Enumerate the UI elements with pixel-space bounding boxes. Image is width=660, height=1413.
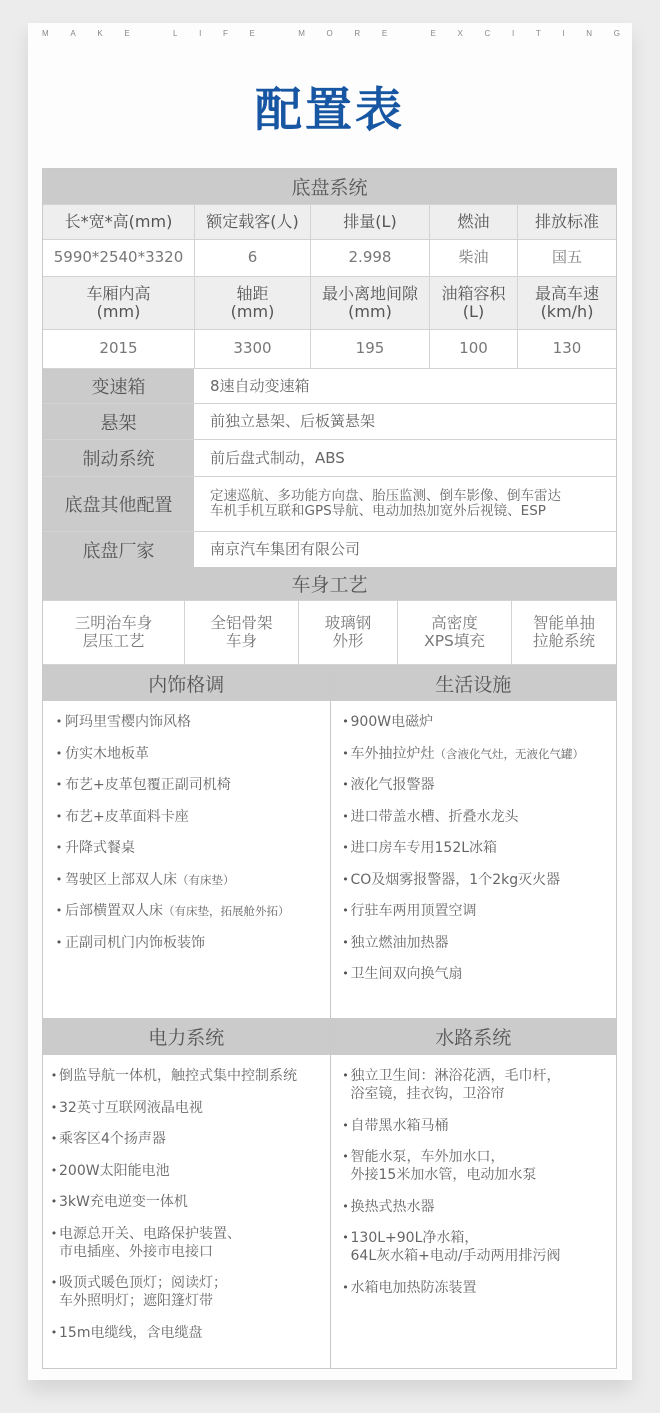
value-fuel: 柴油 [429, 240, 517, 276]
list-item: •CO及烟雾报警器，1个2kg灭火器 [341, 871, 617, 889]
item-text: 升降式餐桌 [65, 839, 135, 857]
list-item: •液化气报警器 [341, 776, 617, 794]
craft-line: 层压工艺 [82, 633, 144, 651]
tagline-letter: X [458, 29, 463, 38]
section-header-living: 生活设施 [331, 665, 617, 701]
list-item: •15m电缆线，含电缆盘 [49, 1324, 330, 1342]
tagline-letter: I [562, 29, 564, 38]
item-text: 130L+90L净水箱，64L灰水箱+电动/手动两用排污阀 [351, 1229, 561, 1265]
tagline-letter: M [42, 29, 49, 38]
craft-line: 三明治车身 [75, 615, 153, 633]
col-header-tank-capacity: 油箱容积 (L) [429, 277, 517, 329]
header-unit: (mm) [231, 303, 275, 321]
list-item: •130L+90L净水箱，64L灰水箱+电动/手动两用排污阀 [341, 1229, 617, 1265]
value-dimensions: 5990*2540*3320 [43, 240, 194, 276]
item-text: 布艺+皮革包覆正副司机椅 [65, 776, 231, 794]
section-header-electrical: 电力系统 [43, 1018, 330, 1055]
spec-label: 悬架 [43, 404, 194, 439]
bullet-icon: • [341, 965, 351, 983]
bullet-icon: • [341, 1117, 351, 1135]
section-header-body-craft: 车身工艺 [43, 567, 616, 600]
list-item: •吸顶式暖色顶灯；阅读灯；车外照明灯；遮阳篷灯带 [49, 1274, 330, 1310]
electrical-water-section: 电力系统 •倒监导航一体机，触控式集中控制系统 •32英寸互联网液晶电视 •乘客… [43, 1018, 616, 1368]
spec-row-manufacturer: 底盘厂家 南京汽车集团有限公司 [43, 531, 616, 567]
bullet-icon: • [49, 1162, 59, 1180]
tagline-letter: I [199, 29, 201, 38]
craft-item: 高密度 XPS填充 [397, 601, 511, 664]
bullet-icon: • [53, 871, 65, 889]
spec-value-line: 车机手机互联和GPS导航、电动加热加宽外后视镜、ESP [210, 504, 546, 519]
craft-line: 高密度 [431, 615, 478, 633]
item-text: 独立燃油加热器 [351, 934, 449, 952]
list-item: •自带黑水箱马桶 [341, 1117, 617, 1135]
bullet-icon: • [341, 902, 351, 920]
list-item: •进口房车专用152L冰箱 [341, 839, 617, 857]
tagline-letter: M [298, 29, 305, 38]
item-line: 130L+90L净水箱， [351, 1229, 561, 1247]
list-item: •电源总开关、电路保护装置、市电插座、外接市电接口 [49, 1225, 330, 1261]
header-unit: (mm) [348, 303, 392, 321]
bullet-icon: • [341, 1067, 351, 1103]
bullet-icon: • [49, 1099, 59, 1117]
item-note: （含液化气灶，无液化气罐） [435, 745, 585, 763]
spec-row-other-config: 底盘其他配置 定速巡航、多功能方向盘、胎压监测、倒车影像、倒车雷达 车机手机互联… [43, 476, 616, 531]
spec-value: 前后盘式制动，ABS [194, 440, 616, 476]
craft-line: 全铝骨架 [210, 615, 272, 633]
spec-label: 制动系统 [43, 440, 194, 476]
bullet-icon: • [53, 713, 65, 731]
bullet-icon: • [341, 839, 351, 857]
list-item: •智能水泵，车外加水口，外接15米加水管，电动加水泵 [341, 1148, 617, 1184]
tagline-letter: G [614, 29, 620, 38]
tagline-letter: E [124, 29, 129, 38]
chassis-value-row-1: 5990*2540*3320 6 2.998 柴油 国五 [43, 239, 616, 276]
bullet-icon: • [341, 871, 351, 889]
col-header-cabin-height: 车厢内高 (mm) [43, 277, 194, 329]
spec-value: 8速自动变速箱 [194, 369, 616, 403]
item-note: （有床垫，拓展舱外拓） [163, 902, 290, 920]
tagline-letter: O [327, 29, 333, 38]
value-tank-capacity: 100 [429, 330, 517, 368]
spec-label: 变速箱 [43, 369, 194, 403]
tagline-letter: E [382, 29, 387, 38]
list-item: •倒监导航一体机，触控式集中控制系统 [49, 1067, 330, 1085]
spec-value: 定速巡航、多功能方向盘、胎压监测、倒车影像、倒车雷达 车机手机互联和GPS导航、… [194, 477, 616, 531]
page-title: 配置表 [0, 73, 660, 140]
spec-value-line: 定速巡航、多功能方向盘、胎压监测、倒车影像、倒车雷达 [210, 489, 561, 504]
tagline-letter: R [354, 29, 360, 38]
header-unit: (L) [463, 303, 484, 321]
list-item: •后部横置双人床（有床垫，拓展舱外拓） [53, 902, 330, 920]
craft-item: 智能单抽 拉舱系统 [511, 601, 616, 664]
bullet-icon: • [341, 713, 351, 731]
bullet-icon: • [341, 808, 351, 826]
section-header-water: 水路系统 [331, 1018, 617, 1055]
header-line: 车厢内高 [86, 285, 150, 303]
list-item: •900W电磁炉 [341, 713, 617, 731]
value-cabin-height: 2015 [43, 330, 194, 368]
chassis-value-row-2: 2015 3300 195 100 130 [43, 329, 616, 368]
list-item: •升降式餐桌 [53, 839, 330, 857]
col-header-ground-clearance: 最小离地间隙 (mm) [310, 277, 429, 329]
bullet-icon: • [49, 1324, 59, 1342]
item-line: 吸顶式暖色顶灯；阅读灯； [59, 1274, 227, 1292]
value-wheelbase: 3300 [194, 330, 310, 368]
item-line: 独立卫生间：淋浴花洒，毛巾杆， [351, 1067, 561, 1085]
living-column: 生活设施 •900W电磁炉 •车外抽拉炉灶（含液化气灶，无液化气罐） •液化气报… [330, 665, 617, 1018]
craft-item: 玻璃钢 外形 [298, 601, 397, 664]
bullet-icon: • [341, 1279, 351, 1297]
electrical-column: 电力系统 •倒监导航一体机，触控式集中控制系统 •32英寸互联网液晶电视 •乘客… [43, 1018, 330, 1368]
spec-value: 前独立悬架、后板簧悬架 [194, 404, 616, 439]
item-text: CO及烟雾报警器，1个2kg灭火器 [351, 871, 561, 889]
bullet-icon: • [341, 1229, 351, 1265]
header-unit: (mm) [97, 303, 141, 321]
bullet-icon: • [341, 745, 351, 763]
section-header-interior: 内饰格调 [43, 665, 330, 701]
list-item: •32英寸互联网液晶电视 [49, 1099, 330, 1117]
item-text: 吸顶式暖色顶灯；阅读灯；车外照明灯；遮阳篷灯带 [59, 1274, 227, 1310]
bullet-icon: • [341, 776, 351, 794]
item-line: 车外照明灯；遮阳篷灯带 [59, 1292, 227, 1310]
bullet-icon: • [53, 808, 65, 826]
item-text: 3kW充电逆变一体机 [59, 1193, 188, 1211]
spec-value: 南京汽车集团有限公司 [194, 532, 616, 567]
craft-line: 智能单抽 [533, 615, 595, 633]
value-ground-clearance: 195 [310, 330, 429, 368]
item-text: 倒监导航一体机，触控式集中控制系统 [59, 1067, 297, 1085]
spec-row-brakes: 制动系统 前后盘式制动，ABS [43, 439, 616, 476]
list-item: •水箱电加热防冻装置 [341, 1279, 617, 1297]
section-header-chassis: 底盘系统 [43, 169, 616, 204]
list-item: •独立燃油加热器 [341, 934, 617, 952]
list-item: •阿玛里雪樱内饰风格 [53, 713, 330, 731]
item-text: 乘客区4个扬声器 [59, 1130, 166, 1148]
item-line: 浴室镜，挂衣钩，卫浴帘 [351, 1085, 561, 1103]
item-text: 卫生间双向换气扇 [351, 965, 463, 983]
item-line: 智能水泵，车外加水口， [351, 1148, 537, 1166]
value-emission: 国五 [517, 240, 616, 276]
craft-item: 三明治车身 层压工艺 [43, 601, 184, 664]
item-text: 布艺+皮革面料卡座 [65, 808, 189, 826]
bullet-icon: • [53, 902, 65, 920]
craft-line: 拉舱系统 [533, 633, 595, 651]
list-item: •卫生间双向换气扇 [341, 965, 617, 983]
electrical-list: •倒监导航一体机，触控式集中控制系统 •32英寸互联网液晶电视 •乘客区4个扬声… [43, 1055, 330, 1368]
tagline-letter: C [485, 29, 491, 38]
bullet-icon: • [49, 1067, 59, 1085]
header-line: 最高车速 [535, 285, 599, 303]
item-line: 市电插座、外接市电接口 [59, 1243, 241, 1261]
list-item: •布艺+皮革面料卡座 [53, 808, 330, 826]
item-text: 15m电缆线，含电缆盘 [59, 1324, 202, 1342]
item-text: 换热式热水器 [351, 1198, 435, 1216]
list-item: •布艺+皮革包覆正副司机椅 [53, 776, 330, 794]
value-top-speed: 130 [517, 330, 616, 368]
spec-row-suspension: 悬架 前独立悬架、后板簧悬架 [43, 403, 616, 439]
spec-table: 底盘系统 长*宽*高(mm) 额定载客(人) 排量(L) 燃油 排放标准 599… [42, 168, 617, 1369]
craft-line: 玻璃钢 [325, 615, 372, 633]
item-text: 进口带盖水槽、折叠水龙头 [351, 808, 519, 826]
tagline-letter: E [250, 29, 255, 38]
spec-label: 底盘其他配置 [43, 477, 194, 531]
list-item: •行驻车两用顶置空调 [341, 902, 617, 920]
list-item: •独立卫生间：淋浴花洒，毛巾杆，浴室镜，挂衣钩，卫浴帘 [341, 1067, 617, 1103]
spec-row-transmission: 变速箱 8速自动变速箱 [43, 368, 616, 403]
item-text: 驾驶区上部双人床 [65, 871, 177, 889]
item-text: 电源总开关、电路保护装置、市电插座、外接市电接口 [59, 1225, 241, 1261]
item-text: 正副司机门内饰板装饰 [65, 934, 205, 952]
chassis-header-row-2: 车厢内高 (mm) 轴距 (mm) 最小离地间隙 (mm) 油箱容积 (L) 最… [43, 276, 616, 329]
item-text: 200W太阳能电池 [59, 1162, 170, 1180]
item-text: 液化气报警器 [351, 776, 435, 794]
tagline-letter: L [173, 29, 177, 38]
item-text: 32英寸互联网液晶电视 [59, 1099, 203, 1117]
bullet-icon: • [53, 839, 65, 857]
item-line: 电源总开关、电路保护装置、 [59, 1225, 241, 1243]
item-text: 进口房车专用152L冰箱 [351, 839, 498, 857]
list-item: •换热式热水器 [341, 1198, 617, 1216]
craft-item: 全铝骨架 车身 [184, 601, 298, 664]
bullet-icon: • [49, 1225, 59, 1261]
bullet-icon: • [341, 934, 351, 952]
bullet-icon: • [53, 745, 65, 763]
tagline-letter: T [536, 29, 541, 38]
craft-line: XPS填充 [424, 633, 485, 651]
list-item: •200W太阳能电池 [49, 1162, 330, 1180]
item-line: 外接15米加水管，电动加水泵 [351, 1166, 537, 1184]
item-text: 车外抽拉炉灶 [351, 745, 435, 763]
bullet-icon: • [341, 1148, 351, 1184]
tagline-letter: E [431, 29, 436, 38]
tagline-letter: F [223, 29, 228, 38]
water-column: 水路系统 •独立卫生间：淋浴花洒，毛巾杆，浴室镜，挂衣钩，卫浴帘 •自带黑水箱马… [330, 1018, 617, 1368]
tagline: M A K E L I F E M O R E E X C I T I N G [42, 29, 620, 38]
craft-line: 车身 [226, 633, 257, 651]
tagline-letter: N [586, 29, 592, 38]
col-header-displacement: 排量(L) [310, 205, 429, 239]
list-item: •乘客区4个扬声器 [49, 1130, 330, 1148]
bullet-icon: • [49, 1130, 59, 1148]
spec-label: 底盘厂家 [43, 532, 194, 567]
list-item: •驾驶区上部双人床（有床垫） [53, 871, 330, 889]
item-text: 自带黑水箱马桶 [351, 1117, 449, 1135]
col-header-dimensions: 长*宽*高(mm) [43, 205, 194, 239]
item-note: （有床垫） [177, 871, 235, 889]
tagline-letter: A [70, 29, 75, 38]
interior-column: 内饰格调 •阿玛里雪樱内饰风格 •仿实木地板革 •布艺+皮革包覆正副司机椅 •布… [43, 665, 330, 1018]
col-header-fuel: 燃油 [429, 205, 517, 239]
item-text: 后部横置双人床 [65, 902, 163, 920]
list-item: •3kW充电逆变一体机 [49, 1193, 330, 1211]
item-text: 行驻车两用顶置空调 [351, 902, 477, 920]
col-header-wheelbase: 轴距 (mm) [194, 277, 310, 329]
item-text: 独立卫生间：淋浴花洒，毛巾杆，浴室镜，挂衣钩，卫浴帘 [351, 1067, 561, 1103]
item-text: 水箱电加热防冻装置 [351, 1279, 477, 1297]
bullet-icon: • [341, 1198, 351, 1216]
list-item: •车外抽拉炉灶（含液化气灶，无液化气罐） [341, 745, 617, 763]
living-list: •900W电磁炉 •车外抽拉炉灶（含液化气灶，无液化气罐） •液化气报警器 •进… [331, 701, 617, 1018]
tagline-letter: K [97, 29, 102, 38]
interior-list: •阿玛里雪樱内饰风格 •仿实木地板革 •布艺+皮革包覆正副司机椅 •布艺+皮革面… [43, 701, 330, 1018]
header-line: 最小离地间隙 [322, 285, 418, 303]
chassis-header-row-1: 长*宽*高(mm) 额定载客(人) 排量(L) 燃油 排放标准 [43, 204, 616, 239]
item-line: 64L灰水箱+电动/手动两用排污阀 [351, 1247, 561, 1265]
body-craft-row: 三明治车身 层压工艺 全铝骨架 车身 玻璃钢 外形 高密度 XPS填充 智能单抽… [43, 600, 616, 664]
bullet-icon: • [49, 1274, 59, 1310]
col-header-emission: 排放标准 [517, 205, 616, 239]
header-line: 轴距 [236, 285, 268, 303]
interior-living-section: 内饰格调 •阿玛里雪樱内饰风格 •仿实木地板革 •布艺+皮革包覆正副司机椅 •布… [43, 664, 616, 1018]
water-list: •独立卫生间：淋浴花洒，毛巾杆，浴室镜，挂衣钩，卫浴帘 •自带黑水箱马桶 •智能… [331, 1055, 617, 1368]
col-header-seats: 额定载客(人) [194, 205, 310, 239]
col-header-top-speed: 最高车速 (km/h) [517, 277, 616, 329]
bullet-icon: • [53, 776, 65, 794]
tagline-letter: I [512, 29, 514, 38]
bullet-icon: • [53, 934, 65, 952]
item-text: 仿实木地板革 [65, 745, 149, 763]
value-seats: 6 [194, 240, 310, 276]
craft-line: 外形 [332, 633, 363, 651]
item-text: 阿玛里雪樱内饰风格 [65, 713, 191, 731]
item-text: 900W电磁炉 [351, 713, 434, 731]
list-item: •正副司机门内饰板装饰 [53, 934, 330, 952]
value-displacement: 2.998 [310, 240, 429, 276]
header-unit: (km/h) [541, 303, 594, 321]
item-text: 智能水泵，车外加水口，外接15米加水管，电动加水泵 [351, 1148, 537, 1184]
list-item: •进口带盖水槽、折叠水龙头 [341, 808, 617, 826]
header-line: 油箱容积 [441, 285, 505, 303]
bullet-icon: • [49, 1193, 59, 1211]
list-item: •仿实木地板革 [53, 745, 330, 763]
